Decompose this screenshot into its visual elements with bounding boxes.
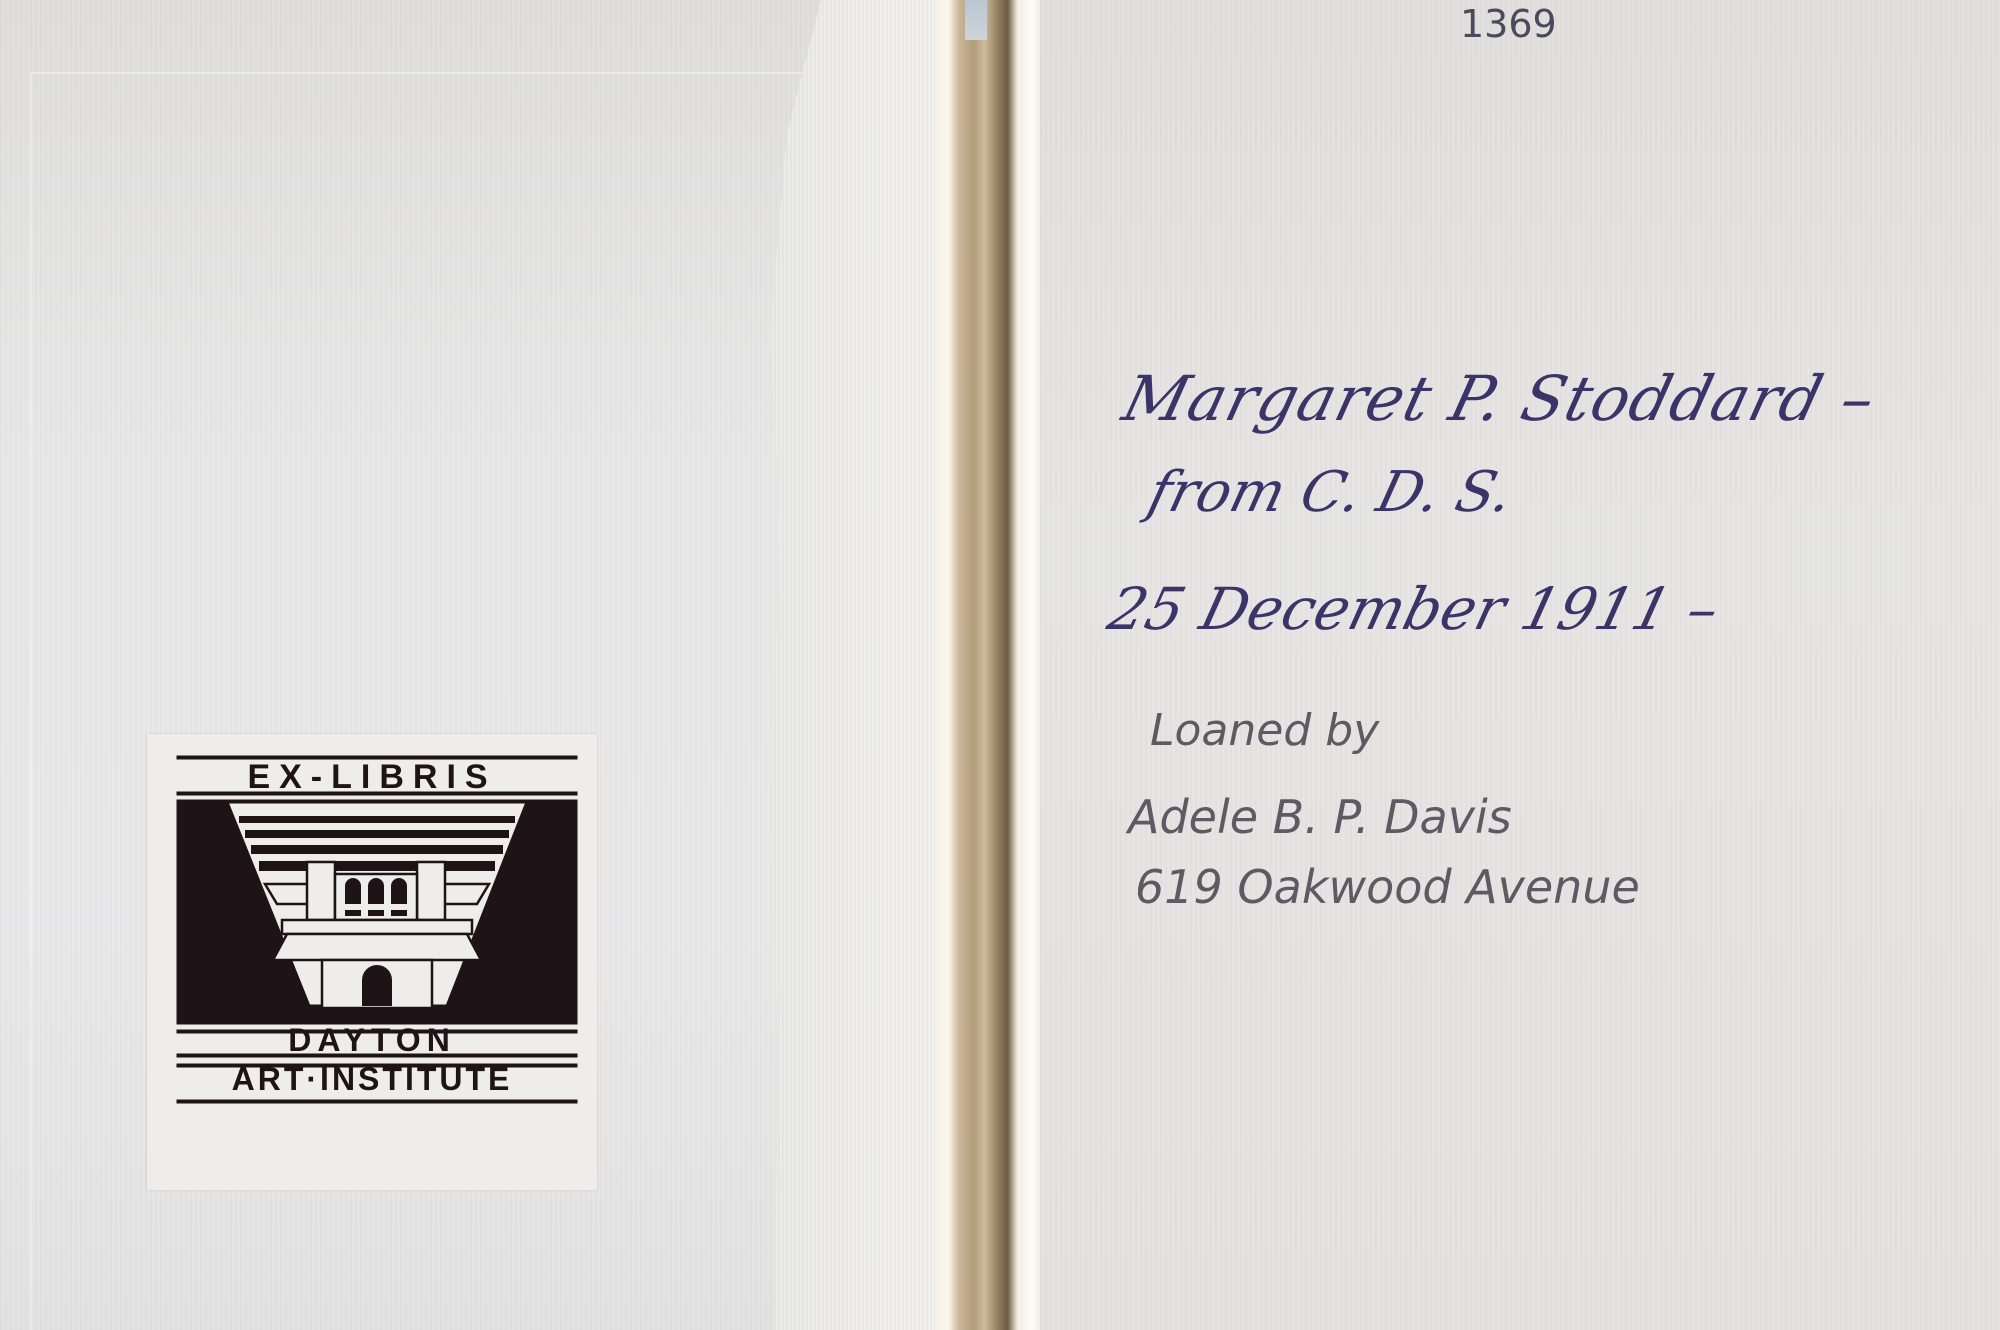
art-deco-building-icon xyxy=(147,734,597,1190)
bookplate-line-2: ART·INSTITUTE xyxy=(147,1061,597,1098)
flyleaf-page xyxy=(1040,0,2000,1330)
hinge-repair-tissue xyxy=(770,0,940,1330)
catalog-number: 1369 xyxy=(1460,2,1557,46)
loan-note-line-2: Adele B. P. Davis xyxy=(1128,790,1512,844)
inscription-name: Margaret P. Stoddard – xyxy=(1116,362,1884,435)
bookplate-line-1: DAYTON xyxy=(147,1022,597,1059)
bookplate: EX-LIBRIS DAYTON ART·INSTITUTE xyxy=(147,734,597,1190)
inscription-date: 25 December 1911 – xyxy=(1102,575,1726,643)
loan-note-line-1: Loaned by xyxy=(1150,705,1379,756)
inscription-from: from C. D. S. xyxy=(1142,460,1519,525)
loan-note-line-3: 619 Oakwood Avenue xyxy=(1135,860,1640,914)
book-spine-gutter xyxy=(935,0,1045,1330)
background-gap xyxy=(965,0,987,40)
bookplate-title: EX-LIBRIS xyxy=(147,758,597,797)
